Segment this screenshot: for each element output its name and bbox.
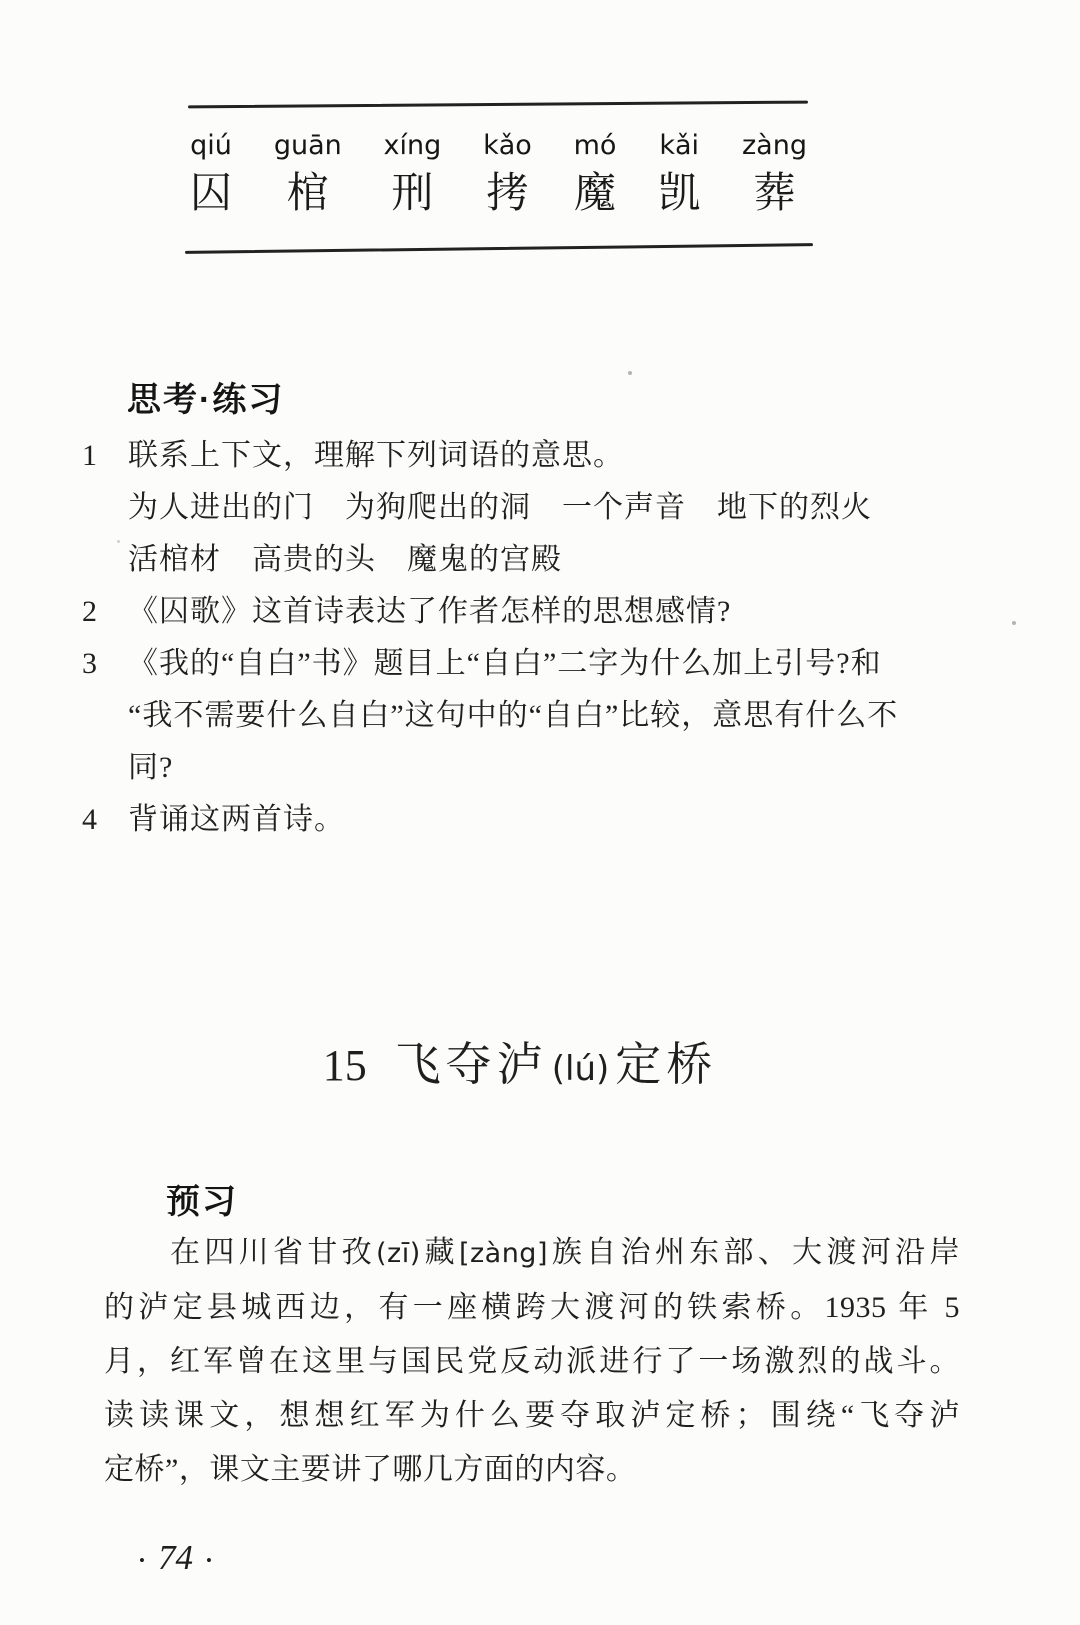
footer-dot: • xyxy=(206,1552,212,1569)
vocab-hanzi: 魔 xyxy=(574,168,616,220)
vocab-hanzi: 刑 xyxy=(391,168,433,220)
exercise-item-1: 1 联系上下文，理解下列词语的意思。 为人进出的门 为狗爬出的洞 一个声音 地下… xyxy=(82,430,977,586)
exercise-number: 2 xyxy=(82,586,128,638)
vocab-hanzi: 葬 xyxy=(753,168,795,220)
lesson-number: 15 xyxy=(323,1040,367,1091)
preview-heading: 预习 xyxy=(166,1174,238,1223)
vocab-pinyin: qiú xyxy=(190,124,232,168)
vocab-hanzi: 拷 xyxy=(486,168,528,220)
inline-pinyin: [zàng] xyxy=(459,1238,548,1269)
paragraph-line: 月，红军曾在这里与国民党反动派进行了一场激烈的战斗。 xyxy=(104,1335,960,1389)
paragraph-line: 在四川省甘孜(zī)藏[zàng]族自治州东部、大渡河沿岸 xyxy=(104,1226,960,1281)
scan-speck xyxy=(117,540,120,543)
vocab-entry: zàng 葬 xyxy=(742,124,807,220)
vocab-pinyin: zàng xyxy=(742,124,807,168)
exercise-number: 3 xyxy=(82,638,128,794)
scan-speck xyxy=(1012,621,1016,625)
exercise-text-line: 《囚歌》这首诗表达了作者怎样的思想感情? xyxy=(128,586,977,638)
scan-speck xyxy=(628,371,632,375)
vocab-pinyin: mó xyxy=(574,124,617,168)
exercise-item-2: 2 《囚歌》这首诗表达了作者怎样的思想感情? xyxy=(82,586,977,638)
vocab-pinyin: guān xyxy=(274,124,342,168)
exercise-text-line: “我不需要什么自白”这句中的“自白”比较，意思有什么不 xyxy=(128,690,977,742)
exercise-text-line: 背诵这两首诗。 xyxy=(128,794,977,846)
vocab-box: qiú 囚 guān 棺 xíng 刑 kǎo 拷 mó 魔 kǎi 凯 zàn… xyxy=(190,124,807,220)
exercise-text-line: 联系上下文，理解下列词语的意思。 xyxy=(128,430,977,482)
paragraph-line: 的泸定县城西边，有一座横跨大渡河的铁索桥。1935 年 5 xyxy=(104,1281,960,1335)
exercise-item-3: 3 《我的“自白”书》题目上“自白”二字为什么加上引号?和 “我不需要什么自白”… xyxy=(82,638,977,794)
vocab-hanzi: 凯 xyxy=(658,168,700,220)
paragraph-line: 读读课文，想想红军为什么要夺取泸定桥；围绕“飞夺泸 xyxy=(104,1389,960,1443)
exercise-number: 4 xyxy=(82,794,128,846)
exercise-text-line: 同? xyxy=(128,742,977,794)
textbook-page: qiú 囚 guān 棺 xíng 刑 kǎo 拷 mó 魔 kǎi 凯 zàn… xyxy=(0,0,1080,1625)
lesson-title-pinyin: (lú) xyxy=(552,1049,610,1089)
page-number: 74 xyxy=(158,1538,193,1578)
exercise-text-line: 为人进出的门 为狗爬出的洞 一个声音 地下的烈火 xyxy=(128,482,977,534)
vocab-entry: guān 棺 xyxy=(274,124,342,220)
vocab-box-bottom-rule xyxy=(185,243,813,254)
lesson-title: 15 飞夺泸 (lú) 定桥 xyxy=(0,1028,1040,1094)
footer-dot: • xyxy=(139,1552,145,1569)
exercises-heading: 思考·练习 xyxy=(127,372,284,421)
exercise-text-line: 活棺材 高贵的头 魔鬼的宫殿 xyxy=(128,534,977,586)
exercise-list: 1 联系上下文，理解下列词语的意思。 为人进出的门 为狗爬出的洞 一个声音 地下… xyxy=(82,430,977,846)
paragraph-line: 定桥”，课文主要讲了哪几方面的内容。 xyxy=(104,1443,960,1497)
inline-pinyin: (zī) xyxy=(376,1238,421,1269)
vocab-entry: xíng 刑 xyxy=(384,124,442,220)
vocab-hanzi: 囚 xyxy=(190,168,232,220)
vocab-entry: mó 魔 xyxy=(574,124,617,220)
vocab-pinyin: kǎo xyxy=(483,124,532,168)
vocab-box-top-rule xyxy=(188,101,808,109)
vocab-pinyin: xíng xyxy=(384,124,442,168)
page-footer: • 74 • xyxy=(139,1538,212,1578)
vocab-entry: kǎi 凯 xyxy=(658,124,700,220)
lesson-title-text: 飞夺泸 xyxy=(395,1028,548,1094)
vocab-entry: kǎo 拷 xyxy=(483,124,532,220)
vocab-entry: qiú 囚 xyxy=(190,124,232,220)
exercise-item-4: 4 背诵这两首诗。 xyxy=(82,794,977,846)
lesson-title-text: 定桥 xyxy=(615,1028,717,1094)
vocab-hanzi: 棺 xyxy=(287,168,329,220)
exercise-text-line: 《我的“自白”书》题目上“自白”二字为什么加上引号?和 xyxy=(128,638,977,690)
exercise-number: 1 xyxy=(82,430,128,586)
preview-paragraph: 在四川省甘孜(zī)藏[zàng]族自治州东部、大渡河沿岸 的泸定县城西边，有一… xyxy=(104,1226,960,1497)
vocab-pinyin: kǎi xyxy=(659,124,699,168)
